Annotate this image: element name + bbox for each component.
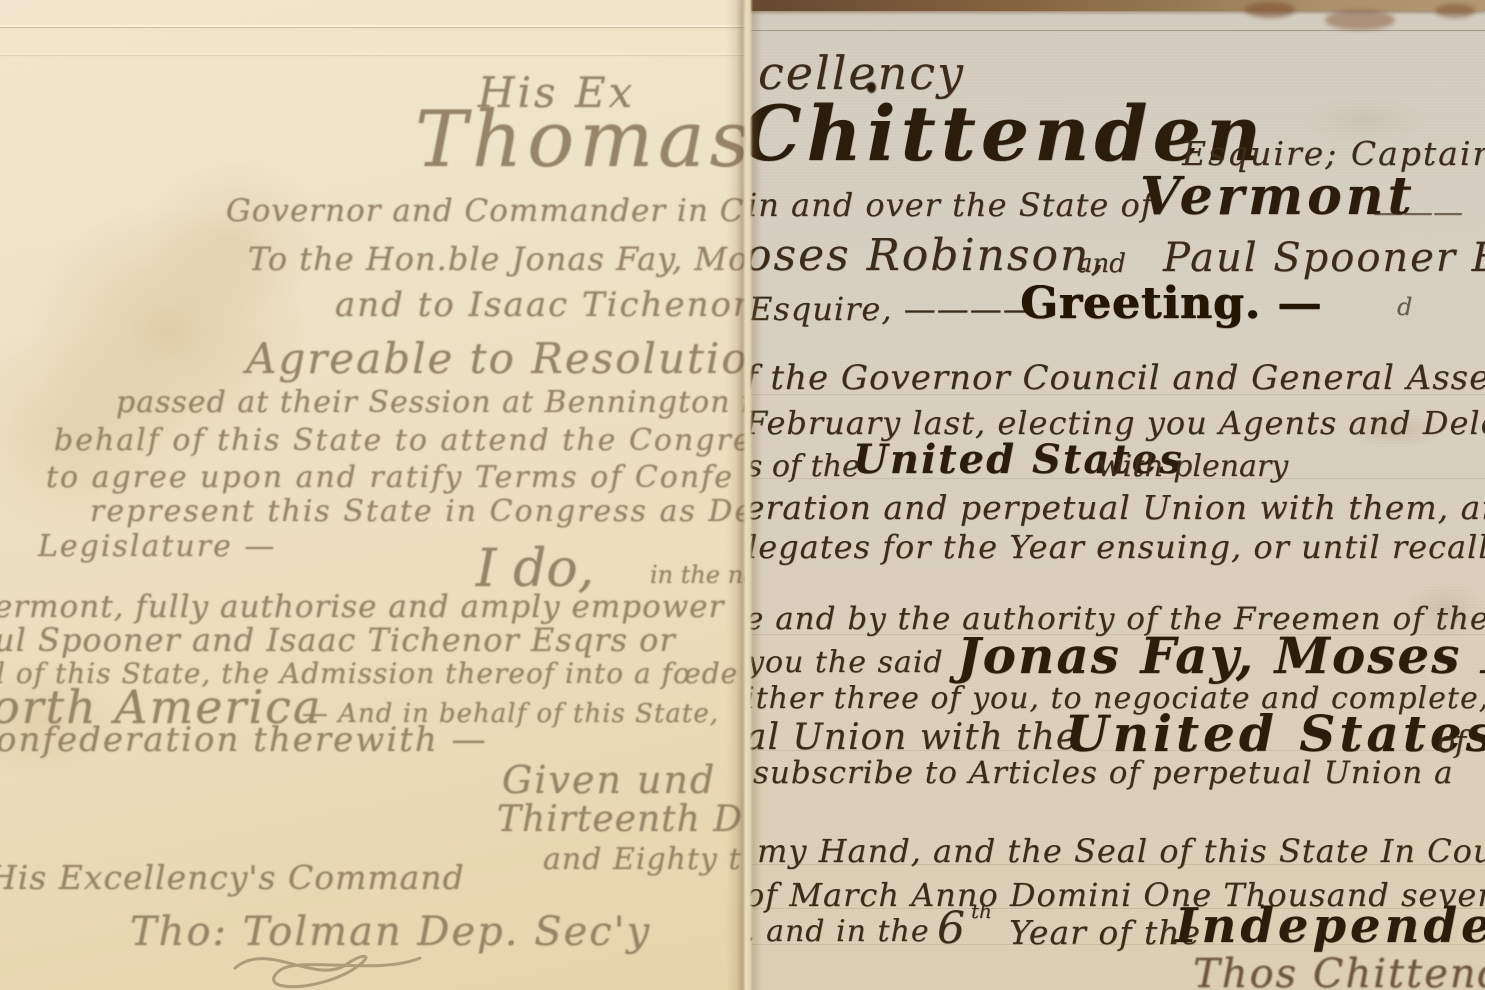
line-governor: Governor and Commander in Chief xyxy=(226,194,745,228)
line-excellencys-command: His Excellency's Command xyxy=(0,860,465,896)
line-legates-year: legates for the Year ensuing, or until r… xyxy=(747,530,1485,565)
line-represent: represent this State in Congress as De xyxy=(90,495,745,528)
line-agreable: Agreable to Resolutions xyxy=(246,336,745,382)
line-agree-ratify: to agree upon and ratify Terms of Confe xyxy=(46,461,734,494)
line-paul-spooner: Paul Spooner Esq xyxy=(1163,236,1485,280)
line-greeting: Greeting. — xyxy=(1020,280,1322,328)
line-six-superscript: th xyxy=(971,900,992,922)
line-ermont-authorise: ermont, fully authorise and amply empowe… xyxy=(0,590,724,624)
line-legislature: Legislature — xyxy=(38,530,276,563)
line-year-of-the: Year of the xyxy=(1009,915,1201,951)
line-oses-robinson: oses Robinson, xyxy=(745,232,1106,280)
rust-stain xyxy=(1245,2,1295,18)
line-passed-session: passed at their Session at Bennington in xyxy=(116,386,745,419)
line-united-states-2: United States xyxy=(1065,706,1485,761)
chittenden-signature: Thos Chittenden xyxy=(1193,952,1485,990)
manuscript-photo: His Ex Thomas Governor and Commander in … xyxy=(0,0,1485,990)
line-thirteenth: Thirteenth D xyxy=(497,800,743,840)
flourish-dash: ——— xyxy=(1373,196,1463,229)
line-subscribe-articles: subscribe to Articles of perpetual Union… xyxy=(753,756,1454,790)
line-al-union: al Union with the xyxy=(745,718,1078,758)
guide-line xyxy=(745,30,1485,31)
line-and: and xyxy=(1077,250,1126,279)
line-thomas: Thomas xyxy=(415,98,745,184)
line-independenc: Independenc xyxy=(1175,900,1485,953)
line-confederation: onfederation therewith — xyxy=(0,722,488,759)
line-governor-council: f the Governor Council and General Assem… xyxy=(745,360,1485,397)
scan-seam xyxy=(726,0,762,990)
line-isaac-tichenor: and to Isaac Tichenor xyxy=(335,287,745,324)
line-and-in-the: , and in the xyxy=(745,915,930,948)
line-s-of-the: s of the xyxy=(747,450,860,483)
line-and-eighty: and Eighty t xyxy=(543,843,742,876)
signature-flourish-icon xyxy=(225,946,435,990)
line-six: 6 xyxy=(937,905,965,953)
rust-stain xyxy=(1435,4,1475,18)
line-my-hand-seal: my Hand, and the Seal of this State In C… xyxy=(757,834,1485,869)
line-spooner-tichenor: ul Spooner and Isaac Tichenor Esqrs or xyxy=(0,623,676,658)
line-over-the-state: in and over the State of xyxy=(747,188,1154,223)
line-to-honble: To the Hon.ble Jonas Fay, Mo xyxy=(248,242,745,277)
paper-crease xyxy=(0,25,745,27)
flourish-d: d xyxy=(1397,294,1412,320)
photo-top-edge xyxy=(745,0,1485,11)
line-jonas-fay-moses: Jonas Fay, Moses Robin xyxy=(957,628,1485,683)
line-behalf-state: behalf of this State to attend the Congr… xyxy=(54,424,745,457)
rust-stain xyxy=(1325,10,1395,30)
line-given-und: Given und xyxy=(502,760,716,802)
clear-scan-right: cellency Chittenden Esquire; Captain in … xyxy=(745,0,1485,990)
line-you-the-said: you the said xyxy=(747,646,944,679)
line-esquire-dash: Esquire, ———— xyxy=(749,292,1036,327)
line-with-plenary: with plenary xyxy=(1097,450,1288,483)
line-eration-union: eration and perpetual Union with them, a… xyxy=(745,490,1485,526)
faded-scan-left: His Ex Thomas Governor and Commander in … xyxy=(0,0,745,990)
paper-crease xyxy=(0,53,745,55)
